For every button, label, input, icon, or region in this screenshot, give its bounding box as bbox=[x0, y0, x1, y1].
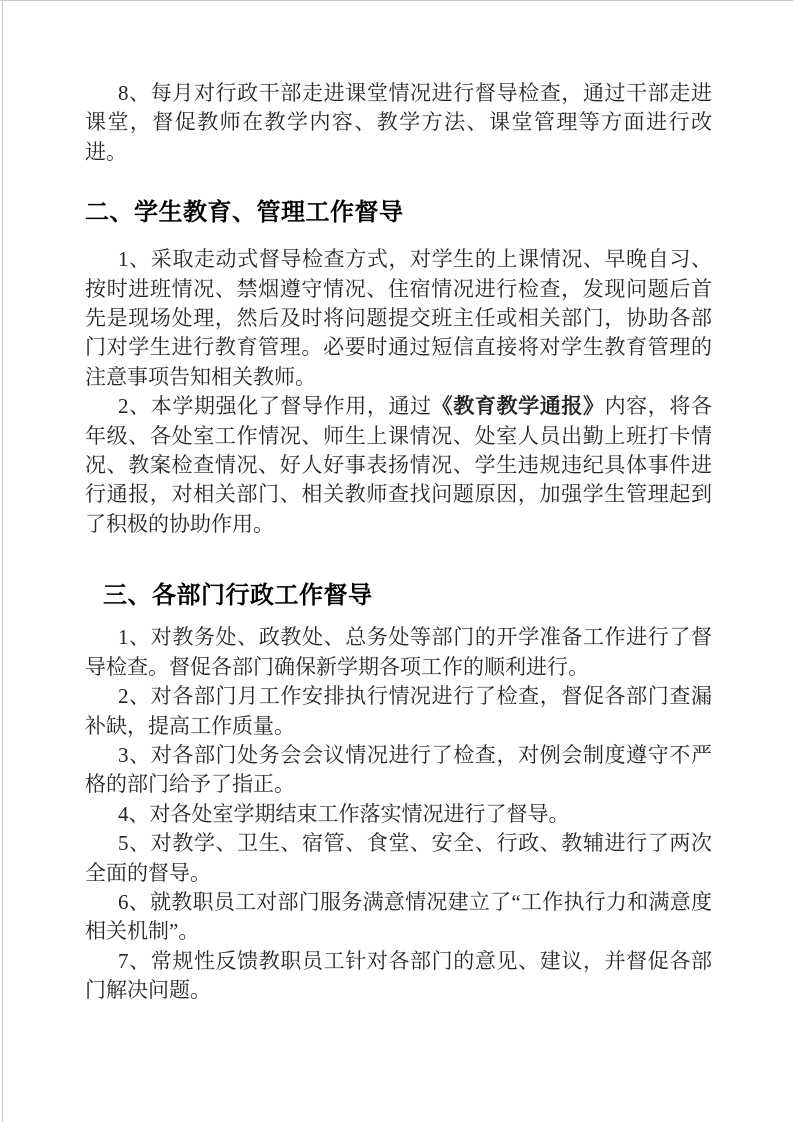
document-page: 8、每月对行政干部走进课堂情况进行督导检查，通过干部走进课堂，督促教师在教学内容… bbox=[0, 0, 793, 1122]
section-3-item-1: 1、对教务处、政教处、总务处等部门的开学准备工作进行了督导检查。督促各部门确保新… bbox=[85, 623, 712, 682]
report-title-bold-text: 《教育教学通报》 bbox=[432, 394, 605, 418]
section-3-item-4: 4、对各处室学期结束工作落实情况进行了督导。 bbox=[85, 800, 712, 829]
section-3-heading: 三、各部门行政工作督导 bbox=[85, 579, 712, 612]
section-2-paragraph-2: 2、本学期强化了督导作用，通过《教育教学通报》内容，将各年级、各处室工作情况、师… bbox=[85, 392, 712, 539]
section-2-paragraph-1: 1、采取走动式督导检查方式，对学生的上课情况、早晚自习、按时进班情况、禁烟遵守情… bbox=[85, 245, 712, 392]
page-edge-line-left bbox=[2, 0, 3, 1122]
document-content: 8、每月对行政干部走进课堂情况进行督导检查，通过干部走进课堂，督促教师在教学内容… bbox=[85, 0, 712, 1006]
section-3-item-2: 2、对各部门月工作安排执行情况进行了检查，督促各部门查漏补缺，提高工作质量。 bbox=[85, 682, 712, 741]
section-3-item-7: 7、常规性反馈教职员工针对各部门的意见、建议，并督促各部门解决问题。 bbox=[85, 947, 712, 1006]
section-3-item-3: 3、对各部门处务会会议情况进行了检查，对例会制度遵守不严格的部门给予了指正。 bbox=[85, 741, 712, 800]
section-3-item-6: 6、就教职员工对部门服务满意情况建立了“工作执行力和满意度相关机制”。 bbox=[85, 888, 712, 947]
section-2-paragraph-2-text-before: 2、本学期强化了督导作用，通过 bbox=[118, 394, 432, 418]
section-3-item-5: 5、对教学、卫生、宿管、食堂、安全、行政、教辅进行了两次全面的督导。 bbox=[85, 829, 712, 888]
section-2-heading: 二、学生教育、管理工作督导 bbox=[85, 196, 712, 229]
paragraph-item-8: 8、每月对行政干部走进课堂情况进行督导检查，通过干部走进课堂，督促教师在教学内容… bbox=[85, 79, 712, 167]
